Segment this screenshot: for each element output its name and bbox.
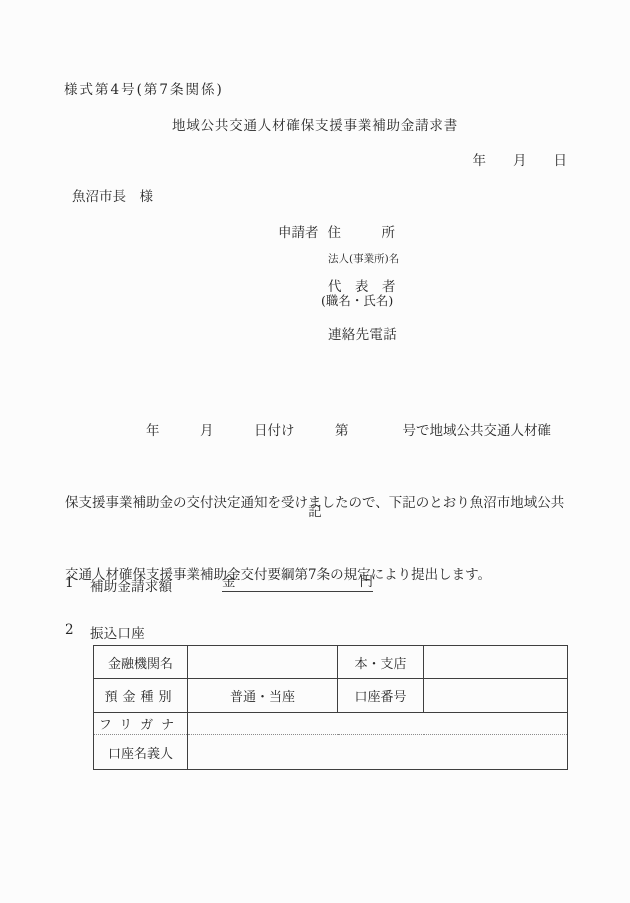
applicant-representative-note: (職名・氏名)	[321, 291, 393, 309]
body-line-1: 年 月 日付け 第 号で地域公共交通人材確	[65, 419, 569, 443]
applicant-phone-label: 連絡先電話	[328, 323, 397, 343]
table-row: 金融機関名 本・支店	[94, 646, 568, 679]
item-2-number: 2	[65, 622, 74, 638]
table-row: フリガナ	[94, 713, 568, 735]
account-number-value-cell	[424, 679, 568, 713]
applicant-corp-name-label: 法人(事業所)名	[328, 251, 399, 266]
branch-label: 本・支店	[338, 646, 424, 679]
account-holder-value-cell	[188, 735, 568, 770]
furigana-label: フリガナ	[94, 713, 188, 735]
document-title: 地域公共交通人材確保支援事業補助金請求書	[0, 114, 630, 134]
account-number-label: 口座番号	[338, 679, 424, 713]
amount-prefix: 金	[222, 570, 236, 590]
financial-institution-label: 金融機関名	[94, 646, 188, 679]
amount-suffix: 円	[360, 570, 374, 590]
document-page: 様式第4号(第7条関係) 地域公共交通人材確保支援事業補助金請求書 年 月 日 …	[0, 0, 630, 903]
financial-institution-value-cell	[188, 646, 338, 679]
deposit-type-value: 普通・当座	[188, 679, 338, 713]
addressee: 魚沼市長 様	[72, 185, 153, 205]
table-row: 預金種別 普通・当座 口座番号	[94, 679, 568, 713]
table-row: 口座名義人	[94, 735, 568, 770]
applicant-address-label: 住 所	[328, 221, 396, 241]
date-line: 年 月 日	[473, 149, 568, 169]
form-number: 様式第4号(第7条関係)	[64, 78, 224, 98]
amount-underline-field: 金 円	[222, 570, 373, 592]
deposit-type-label: 預金種別	[94, 679, 188, 713]
applicant-block: 申請者 住 所	[278, 221, 395, 241]
bank-account-table: 金融機関名 本・支店 預金種別 普通・当座 口座番号 フリガナ 口座名義人	[93, 645, 568, 770]
account-holder-label: 口座名義人	[94, 735, 188, 770]
item-2-label: 振込口座	[90, 622, 145, 642]
item-1-label: 補助金請求額	[90, 575, 172, 595]
applicant-label: 申請者	[278, 221, 319, 241]
item-1-number: 1	[65, 575, 74, 591]
furigana-value-cell	[188, 713, 568, 735]
note-heading: 記	[0, 500, 630, 520]
branch-value-cell	[424, 646, 568, 679]
